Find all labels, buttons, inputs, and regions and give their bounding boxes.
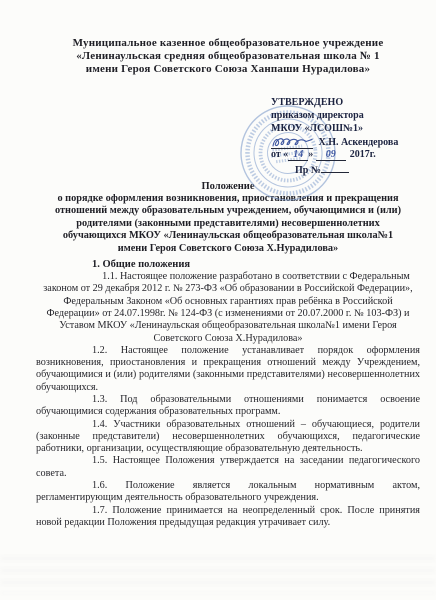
paragraph-1-6: 1.6. Положение является локальным нормат… <box>36 480 420 505</box>
order-label: Пр № <box>295 165 321 176</box>
header-line-3: имени Героя Советского Союза Ханпаши Нур… <box>36 63 420 76</box>
date-from-label: от « <box>271 149 288 160</box>
header-line-1: Муниципальное казенное общеобразовательн… <box>36 37 420 50</box>
approval-date-line: от «14» 092017г. <box>271 148 398 161</box>
signature-line: Х.Н. Аскендерова <box>271 135 398 148</box>
order-number-blank <box>321 161 349 173</box>
paragraph-1-5: 1.5. Настоящее Положения утверждается на… <box>36 455 420 480</box>
document-header: Муниципальное казенное общеобразовательн… <box>36 37 420 76</box>
approval-by-order: приказом директора <box>271 109 398 122</box>
paragraph-1-3: 1.3. Под образовательными отношениями по… <box>36 394 420 419</box>
header-line-2: «Ленинаульская средняя общеобразовательн… <box>36 50 420 63</box>
section-heading: 1. Общие положения <box>92 258 420 271</box>
paragraph-1-2: 1.2. Настоящее положение устанавливает п… <box>36 345 420 394</box>
paragraph-1-1: 1.1. Настоящее положение разработано в с… <box>36 271 420 345</box>
approval-block: УТВЕРЖДЕНО приказом директора МКОУ «ЛСОШ… <box>271 96 398 174</box>
paragraph-1-7: 1.7. Положение принимается на неопределе… <box>36 505 420 530</box>
document-subtitle: о порядке оформления возникновения, прио… <box>49 193 407 255</box>
document-page: Муниципальное казенное общеобразовательн… <box>0 0 436 600</box>
date-day-handwritten: 14 <box>288 149 308 161</box>
paragraph-1-4: 1.4. Участники образовательных отношений… <box>36 419 420 456</box>
document-title: Положение <box>36 180 420 193</box>
scan-bleed-artifact <box>0 556 436 594</box>
date-month-handwritten: 09 <box>316 149 346 161</box>
order-number-line: Пр № <box>295 161 398 174</box>
date-year: 2017г. <box>350 149 376 160</box>
document-title-block: Положение о порядке оформления возникнов… <box>36 180 420 255</box>
date-close-quote: » <box>308 149 313 160</box>
director-signature-icon <box>271 135 313 149</box>
approval-org: МКОУ «ЛСОШ№1» <box>271 122 398 135</box>
approved-label: УТВЕРЖДЕНО <box>271 96 398 109</box>
director-name: Х.Н. Аскендерова <box>319 137 399 148</box>
